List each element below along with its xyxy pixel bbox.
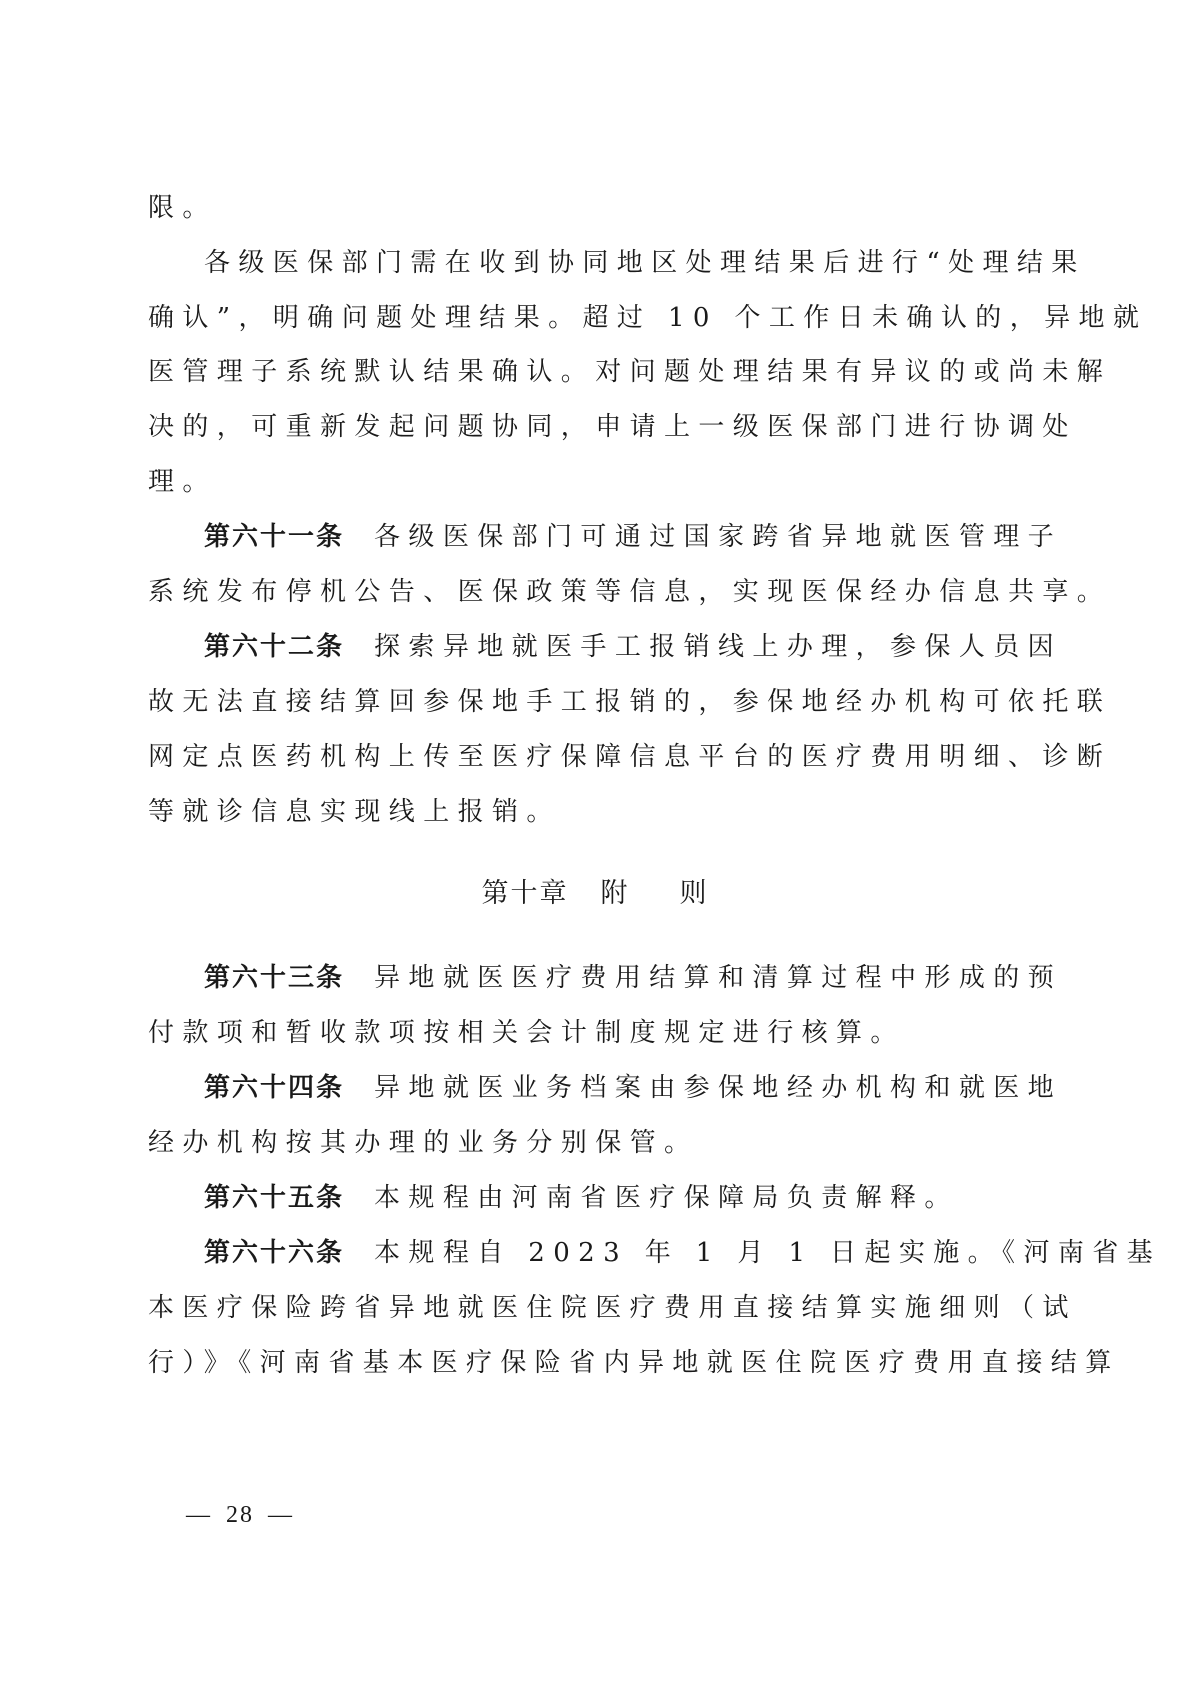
text-line: 本医疗保险跨省异地就医住院医疗费用直接结算实施细则（试 — [148, 1292, 968, 1324]
text-line: 故无法直接结算回参保地手工报销的，参保地经办机构可依托联 — [148, 686, 968, 718]
text-line: 等就诊信息实现线上报销。 — [148, 796, 968, 828]
chapter-number: 第十章 — [482, 878, 569, 909]
text-line: 理。 — [148, 466, 968, 498]
footer-dash-left: — — [186, 1500, 212, 1530]
text-line: 医管理子系统默认结果确认。对问题处理结果有异议的或尚未解 — [148, 356, 968, 388]
text-line: 确认”，明确问题处理结果。超过 10 个工作日未确认的，异地就 — [148, 302, 968, 334]
chapter-title-part2: 则 — [680, 878, 709, 909]
document-page: 限。 各级医保部门需在收到协同地区处理结果后进行“处理结果 确认”，明确问题处理… — [0, 0, 1190, 1683]
article-label: 第六十一条 — [204, 522, 344, 552]
text-line: 各级医保部门需在收到协同地区处理结果后进行“处理结果 — [204, 247, 968, 279]
article-text: 异地就医医疗费用结算和清算过程中形成的预 — [374, 963, 1062, 993]
article-label: 第六十四条 — [204, 1073, 344, 1103]
text-line: 限。 — [148, 192, 968, 224]
article-61: 第六十一条各级医保部门可通过国家跨省异地就医管理子 — [204, 521, 968, 553]
article-66: 第六十六条本规程自 2023 年 1 月 1 日起实施。《河南省基 — [204, 1237, 968, 1269]
article-label: 第六十五条 — [204, 1183, 344, 1213]
chapter-title-part1: 附 — [601, 878, 630, 909]
text-line: 付款项和暂收款项按相关会计制度规定进行核算。 — [148, 1017, 968, 1049]
article-63: 第六十三条异地就医医疗费用结算和清算过程中形成的预 — [204, 962, 968, 994]
article-text: 本规程由河南省医疗保障局负责解释。 — [374, 1183, 959, 1213]
text-line: 经办机构按其办理的业务分别保管。 — [148, 1127, 968, 1159]
page-number: 28 — [226, 1502, 254, 1528]
article-text: 各级医保部门可通过国家跨省异地就医管理子 — [374, 522, 1062, 552]
article-62: 第六十二条探索异地就医手工报销线上办理，参保人员因 — [204, 631, 968, 663]
article-text: 异地就医业务档案由参保地经办机构和就医地 — [374, 1073, 1062, 1103]
text-line: 决的，可重新发起问题协同，申请上一级医保部门进行协调处 — [148, 411, 968, 443]
article-label: 第六十三条 — [204, 963, 344, 993]
article-text: 本规程自 2023 年 1 月 1 日起实施。《河南省基 — [374, 1238, 1161, 1268]
article-text: 探索异地就医手工报销线上办理，参保人员因 — [374, 632, 1062, 662]
text-line: 行）》《河南省基本医疗保险省内异地就医住院医疗费用直接结算 — [148, 1347, 968, 1379]
article-65: 第六十五条本规程由河南省医疗保障局负责解释。 — [204, 1182, 968, 1214]
text-line: 网定点医药机构上传至医疗保障信息平台的医疗费用明细、诊断 — [148, 741, 968, 773]
footer-dash-right: — — [268, 1500, 294, 1530]
chapter-heading: 第十章附则 — [0, 878, 1190, 910]
article-64: 第六十四条异地就医业务档案由参保地经办机构和就医地 — [204, 1072, 968, 1104]
article-label: 第六十二条 — [204, 632, 344, 662]
article-label: 第六十六条 — [204, 1238, 344, 1268]
page-number-footer: —28— — [172, 1500, 308, 1530]
text-line: 系统发布停机公告、医保政策等信息，实现医保经办信息共享。 — [148, 576, 968, 608]
